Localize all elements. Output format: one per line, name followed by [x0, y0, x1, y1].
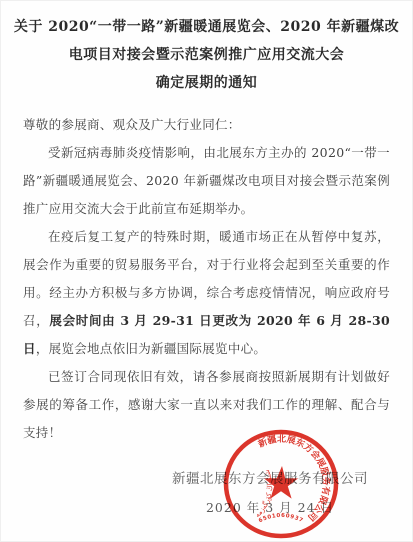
body-text-segment: ，展览会地点依旧为新疆国际展览中心。 [36, 341, 266, 356]
title-line-1: 关于 2020“一带一路”新疆暖通展览会、2020 年新疆煤改 [0, 13, 413, 41]
document-body: 尊敬的参展商、观众及广大行业同仁： 受新冠病毒肺炎疫情影响，由北展东方主办的 2… [23, 111, 390, 447]
paragraph: 在疫后复工复产的特殊时期，暖通市场正在从暂停中复苏，展会作为重要的贸易服务平台，… [23, 223, 390, 363]
document-title: 关于 2020“一带一路”新疆暖通展览会、2020 年新疆煤改 电项目对接会暨示… [0, 0, 413, 97]
paragraph: 受新冠病毒肺炎疫情影响，由北展东方主办的 2020“一带一路”新疆暖通展览会、2… [23, 139, 390, 223]
greeting-line: 尊敬的参展商、观众及广大行业同仁： [23, 111, 390, 139]
body-text-segment: 受新冠病毒肺炎疫情影响，由北展东方主办的 2020“一带一路”新疆暖通展览会、2… [23, 145, 390, 216]
title-line-3: 确定展期的通知 [0, 69, 413, 97]
notice-document-page: 关于 2020“一带一路”新疆暖通展览会、2020 年新疆煤改 电项目对接会暨示… [0, 0, 413, 542]
seal-uyghur-script: شىنجاڭ كۆرگەزمە [253, 468, 274, 519]
title-line-2: 电项目对接会暨示范案例推广应用交流大会 [0, 41, 413, 69]
company-seal: 新疆北展东方会展服务有限公司 شىنجاڭ كۆرگەزمە 650106093… [221, 429, 341, 542]
